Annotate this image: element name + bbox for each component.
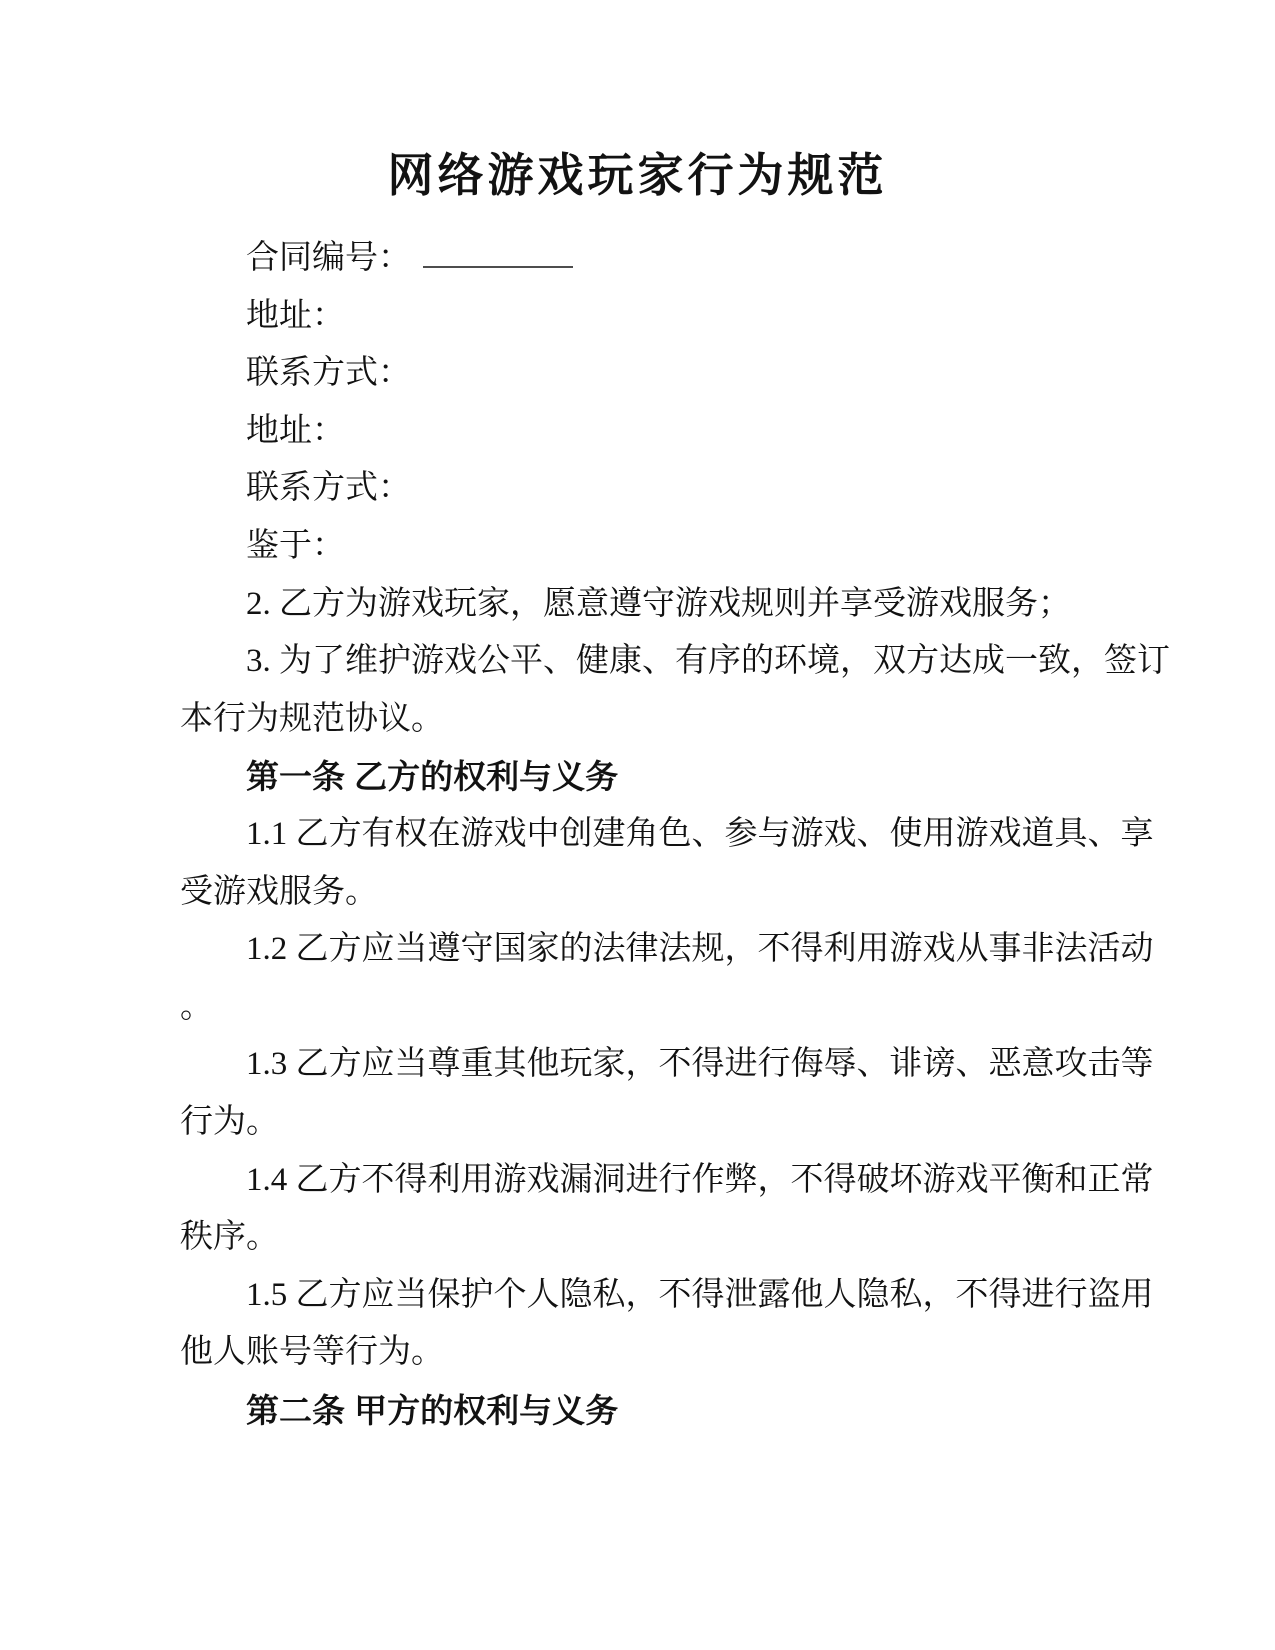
- contact-field-2: 联系方式：: [180, 460, 1090, 518]
- clause-1-5-line-1: 1.5 乙方应当保护个人隐私，不得泄露他人隐私，不得进行盗用: [180, 1267, 1090, 1325]
- contract-number-blank: [423, 233, 573, 268]
- clause-1-2-line-2: 。: [180, 979, 1090, 1037]
- clause-1-3-line-1: 1.3 乙方应当尊重其他玩家，不得进行侮辱、诽谤、恶意攻击等: [180, 1036, 1090, 1094]
- clause-1-4-line-1: 1.4 乙方不得利用游戏漏洞进行作弊，不得破坏游戏平衡和正常: [180, 1152, 1090, 1210]
- clause-1-1-line-1: 1.1 乙方有权在游戏中创建角色、参与游戏、使用游戏道具、享: [180, 806, 1090, 864]
- clause-1-5-line-2: 他人账号等行为。: [180, 1324, 1090, 1382]
- clause-1-2-line-1: 1.2 乙方应当遵守国家的法律法规，不得利用游戏从事非法活动: [180, 921, 1090, 979]
- clause-1-4-line-2: 秩序。: [180, 1209, 1090, 1267]
- document-page: 网络游戏玩家行为规范 合同编号： 地址： 联系方式： 地址： 联系方式： 鉴于：…: [0, 0, 1275, 1650]
- contract-number-line: 合同编号：: [180, 230, 1090, 288]
- recital-item-2: 2. 乙方为游戏玩家，愿意遵守游戏规则并享受游戏服务；: [180, 576, 1090, 634]
- contact-field-1: 联系方式：: [180, 345, 1090, 403]
- address-field-1: 地址：: [180, 288, 1090, 346]
- clause-1-3-line-2: 行为。: [180, 1094, 1090, 1152]
- clause-1-1-line-2: 受游戏服务。: [180, 864, 1090, 922]
- recital-item-3-line-1: 3. 为了维护游戏公平、健康、有序的环境，双方达成一致，签订: [180, 633, 1090, 691]
- whereas-label: 鉴于：: [180, 518, 1090, 576]
- contract-number-label: 合同编号：: [246, 240, 411, 276]
- document-title: 网络游戏玩家行为规范: [0, 148, 1275, 204]
- section-2-heading: 第二条 甲方的权利与义务: [180, 1382, 1090, 1440]
- section-1-heading: 第一条 乙方的权利与义务: [180, 748, 1090, 806]
- document-body: 合同编号： 地址： 联系方式： 地址： 联系方式： 鉴于： 2. 乙方为游戏玩家…: [0, 230, 1275, 1439]
- recital-item-3-line-2: 本行为规范协议。: [180, 691, 1090, 749]
- address-field-2: 地址：: [180, 403, 1090, 461]
